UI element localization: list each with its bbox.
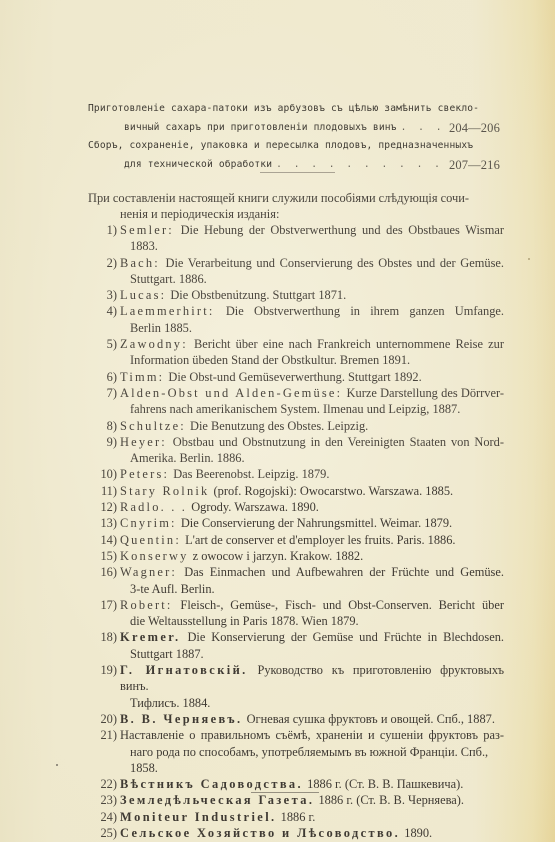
item-author: Konserwy (120, 549, 189, 563)
item-author: Quentin: (120, 533, 181, 547)
item-title: Die Conservierung der Nahrungsmittel. We… (181, 516, 452, 530)
toc-entry: Сборъ, сохраненіе, упаковка и пересылка … (88, 137, 500, 174)
paper-speck (56, 764, 58, 766)
bibliography-item: 9)Heyer: Obstbau und Obstnutzung in den … (88, 434, 504, 467)
item-author: Timm: (120, 370, 164, 384)
item-number: 3) (88, 287, 120, 303)
item-number: 15) (88, 548, 120, 564)
paper-speck (528, 258, 530, 260)
item-author: Cnyrim: (120, 516, 177, 530)
item-title: Berlin 1885. (130, 321, 192, 335)
item-number: 22) (88, 776, 120, 792)
bibliography-item: 4)Laemmerhirt: Die Obstverwerthung in ih… (88, 303, 504, 336)
item-title: Тифлисъ. 1884. (130, 696, 210, 710)
item-title: die Weltausstellung in Paris 1878. Wien … (130, 614, 359, 628)
bibliography-item: 7)Alden-Obst und Alden-Gemüse: Kurze Dar… (88, 385, 504, 418)
item-title: Die Konservierung der Gemüse und Früchte… (187, 630, 504, 644)
bibliography-item: 19)Г. Игнатовскій. Руководство къ пригот… (88, 662, 504, 711)
item-author: Moniteur Industriel. (120, 810, 277, 824)
item-title: Наставленіе о правильномъ съёмѣ, хранені… (120, 728, 504, 742)
item-author: Г. Игнатовскій. (120, 663, 248, 677)
bibliography-item: 23)Земледѣльческая Газета. 1886 г. (Ст. … (88, 792, 504, 808)
item-title: Die Hebung der Obstverwerthung und des O… (181, 223, 504, 237)
item-number: 9) (88, 434, 120, 467)
item-title: Kurze Darstellung des Dörrver- (347, 386, 504, 400)
item-author: Земледѣльческая Газета. (120, 793, 314, 807)
item-number: 13) (88, 515, 120, 531)
bibliography-list: 1)Semler: Die Hebung der Obstverwerthung… (88, 222, 504, 841)
end-divider (251, 792, 319, 793)
item-title: Stuttgart. 1886. (130, 272, 207, 286)
item-title: 1883. (130, 239, 158, 253)
item-author: Kremer. (120, 630, 181, 644)
item-title: 1858. (130, 761, 158, 775)
item-author: Radlo. . . (120, 500, 187, 514)
toc-entry-title: Сборъ, сохраненіе, упаковка и пересылка … (88, 137, 500, 156)
item-title: Die Obstbenutzung. Stuttgart 1871. (170, 288, 346, 302)
item-author: Peters: (120, 467, 169, 481)
item-number: 24) (88, 809, 120, 825)
toc-entry-title-cont: вичный сахаръ при приготовленіи плодовых… (124, 119, 397, 138)
item-author: Alden-Obst und Alden-Gemüse: (120, 386, 342, 400)
item-title: 1886 г. (Ст. В. В. Черняева). (318, 793, 464, 807)
bibliography-intro: При составленіи настоящей книги служили … (88, 190, 504, 222)
toc-page-range: 204—206 (449, 119, 500, 138)
item-title: наго рода по способамъ, употребляемымъ в… (130, 745, 488, 759)
item-author: Wagner: (120, 565, 177, 579)
toc-entry-title: Приготовленіе сахара-патоки изъ арбузовъ… (88, 100, 500, 119)
item-title: 1886 г. (281, 810, 316, 824)
item-title: Ogrody. Warszawa. 1890. (191, 500, 319, 514)
bibliography-item: 24)Moniteur Industriel. 1886 г. (88, 809, 504, 825)
section-divider (260, 172, 335, 173)
bibliography-item: 22)Вѣстникъ Садоводства. 1886 г. (Ст. В.… (88, 776, 504, 792)
item-title: Die Benutzung des Obstes. Leipzig. (190, 419, 368, 433)
item-number: 6) (88, 369, 120, 385)
bibliography-item: 13)Cnyrim: Die Conservierung der Nahrung… (88, 515, 504, 531)
item-author: Heyer: (120, 435, 167, 449)
item-title: 1886 г. (Ст. В. В. Пашкевича). (307, 777, 463, 791)
item-author: В. В. Черняевъ. (120, 712, 242, 726)
item-number: 23) (88, 792, 120, 808)
item-author: Zawodny: (120, 337, 188, 351)
item-title: z owocow i jarzyn. Krakow. 1882. (193, 549, 364, 563)
bibliography-item: 20)В. В. Черняевъ. Огневая сушка фруктов… (88, 711, 504, 727)
bibliography-item: 2)Bach: Die Verarbeitung und Conservieru… (88, 255, 504, 288)
item-title: 1890. (404, 826, 432, 840)
item-number: 12) (88, 499, 120, 515)
bibliography-item: 5)Zawodny: Bericht über eine nach Frankr… (88, 336, 504, 369)
item-number: 2) (88, 255, 120, 288)
item-title: Fleisch-, Gemüse-, Fisch- und Obst-Conse… (180, 598, 504, 612)
bibliography-item: 14)Quentin: L'art de conserver et d'empl… (88, 532, 504, 548)
toc-page-range: 207—216 (449, 156, 500, 175)
item-title: Bericht über eine nach Frankreich untern… (194, 337, 504, 351)
bibliography-item: 6)Timm: Die Obst-und Gemüseverwerthung. … (88, 369, 504, 385)
item-number: 18) (88, 629, 120, 662)
bibliography-item: 1)Semler: Die Hebung der Obstverwerthung… (88, 222, 504, 255)
item-title: Огневая сушка фруктовъ и овощей. Спб., 1… (247, 712, 495, 726)
intro-line: ненія и періодическія изданія: (88, 206, 504, 222)
bibliography: При составленіи настоящей книги служили … (88, 190, 504, 841)
item-number: 7) (88, 385, 120, 418)
item-author: Сельское Хозяйство и Лѣсоводство. (120, 826, 400, 840)
toc-entry-title-cont: для технической обработки (124, 156, 272, 175)
item-author: Semler: (120, 223, 174, 237)
item-title: Das Einmachen und Aufbewahren der Frücht… (184, 565, 504, 579)
item-title: Das Beerenobst. Leipzig. 1879. (173, 467, 329, 481)
item-number: 21) (88, 727, 120, 776)
item-title: Stuttgart 1887. (130, 647, 204, 661)
item-number: 10) (88, 466, 120, 482)
item-title: fahrens nach amerikanischem System. Ilme… (130, 402, 460, 416)
bibliography-item: 18)Kremer. Die Konservierung der Gemüse … (88, 629, 504, 662)
dot-leader: . . . . . . . . . . . . . (397, 119, 449, 138)
item-number: 20) (88, 711, 120, 727)
toc-entry: Приготовленіе сахара-патоки изъ арбузовъ… (88, 100, 500, 137)
item-number: 16) (88, 564, 120, 597)
item-number: 8) (88, 418, 120, 434)
paper-speck (236, 290, 238, 292)
item-title: 3-te Aufl. Berlin. (130, 582, 215, 596)
item-number: 4) (88, 303, 120, 336)
bibliography-item: 21)Наставленіе о правильномъ съёмѣ, хран… (88, 727, 504, 776)
bibliography-item: 11)Stary Rolnik (prof. Rogojski): Owocar… (88, 483, 504, 499)
item-title: Die Obst-und Gemüseverwerthung. Stuttgar… (168, 370, 421, 384)
item-author: Lucas: (120, 288, 166, 302)
item-title: (prof. Rogojski): Owocarstwo. Warszawa. … (214, 484, 454, 498)
item-number: 5) (88, 336, 120, 369)
item-title: L'art de conserver et d'employer les fru… (185, 533, 455, 547)
item-author: Bach: (120, 256, 160, 270)
item-number: 14) (88, 532, 120, 548)
item-number: 17) (88, 597, 120, 630)
item-title: Amerika. Berlin. 1886. (130, 451, 245, 465)
item-author: Stary Rolnik (120, 484, 209, 498)
item-title: Obstbau und Obstnutzung in den Vereinigt… (173, 435, 504, 449)
bibliography-item: 16)Wagner: Das Einmachen und Aufbewahren… (88, 564, 504, 597)
bibliography-item: 8)Schultze: Die Benutzung des Obstes. Le… (88, 418, 504, 434)
bibliography-item: 17)Robert: Fleisch-, Gemüse-, Fisch- und… (88, 597, 504, 630)
item-number: 1) (88, 222, 120, 255)
book-page: Приготовленіе сахара-патоки изъ арбузовъ… (0, 0, 555, 842)
item-title: Die Obstverwerthung in ihrem ganzen Umfa… (226, 304, 504, 318)
item-title: Information übeden Stand der Obstkultur.… (130, 353, 410, 367)
bibliography-item: 15)Konserwy z owocow i jarzyn. Krakow. 1… (88, 548, 504, 564)
item-author: Laemmerhirt: (120, 304, 215, 318)
bibliography-item: 10)Peters: Das Beerenobst. Leipzig. 1879… (88, 466, 504, 482)
item-author: Вѣстникъ Садоводства. (120, 777, 303, 791)
bibliography-item: 12)Radlo. . . Ogrody. Warszawa. 1890. (88, 499, 504, 515)
bibliography-item: 25)Сельское Хозяйство и Лѣсоводство. 189… (88, 825, 504, 841)
item-number: 19) (88, 662, 120, 711)
bibliography-item: 3)Lucas: Die Obstbenutzung. Stuttgart 18… (88, 287, 504, 303)
item-author: Schultze: (120, 419, 186, 433)
item-author: Robert: (120, 598, 173, 612)
item-title: Die Verarbeitung und Conservierung des O… (166, 256, 504, 270)
table-of-contents: Приготовленіе сахара-патоки изъ арбузовъ… (88, 100, 500, 174)
intro-line: При составленіи настоящей книги служили … (88, 191, 469, 205)
item-number: 11) (88, 483, 120, 499)
item-number: 25) (88, 825, 120, 841)
